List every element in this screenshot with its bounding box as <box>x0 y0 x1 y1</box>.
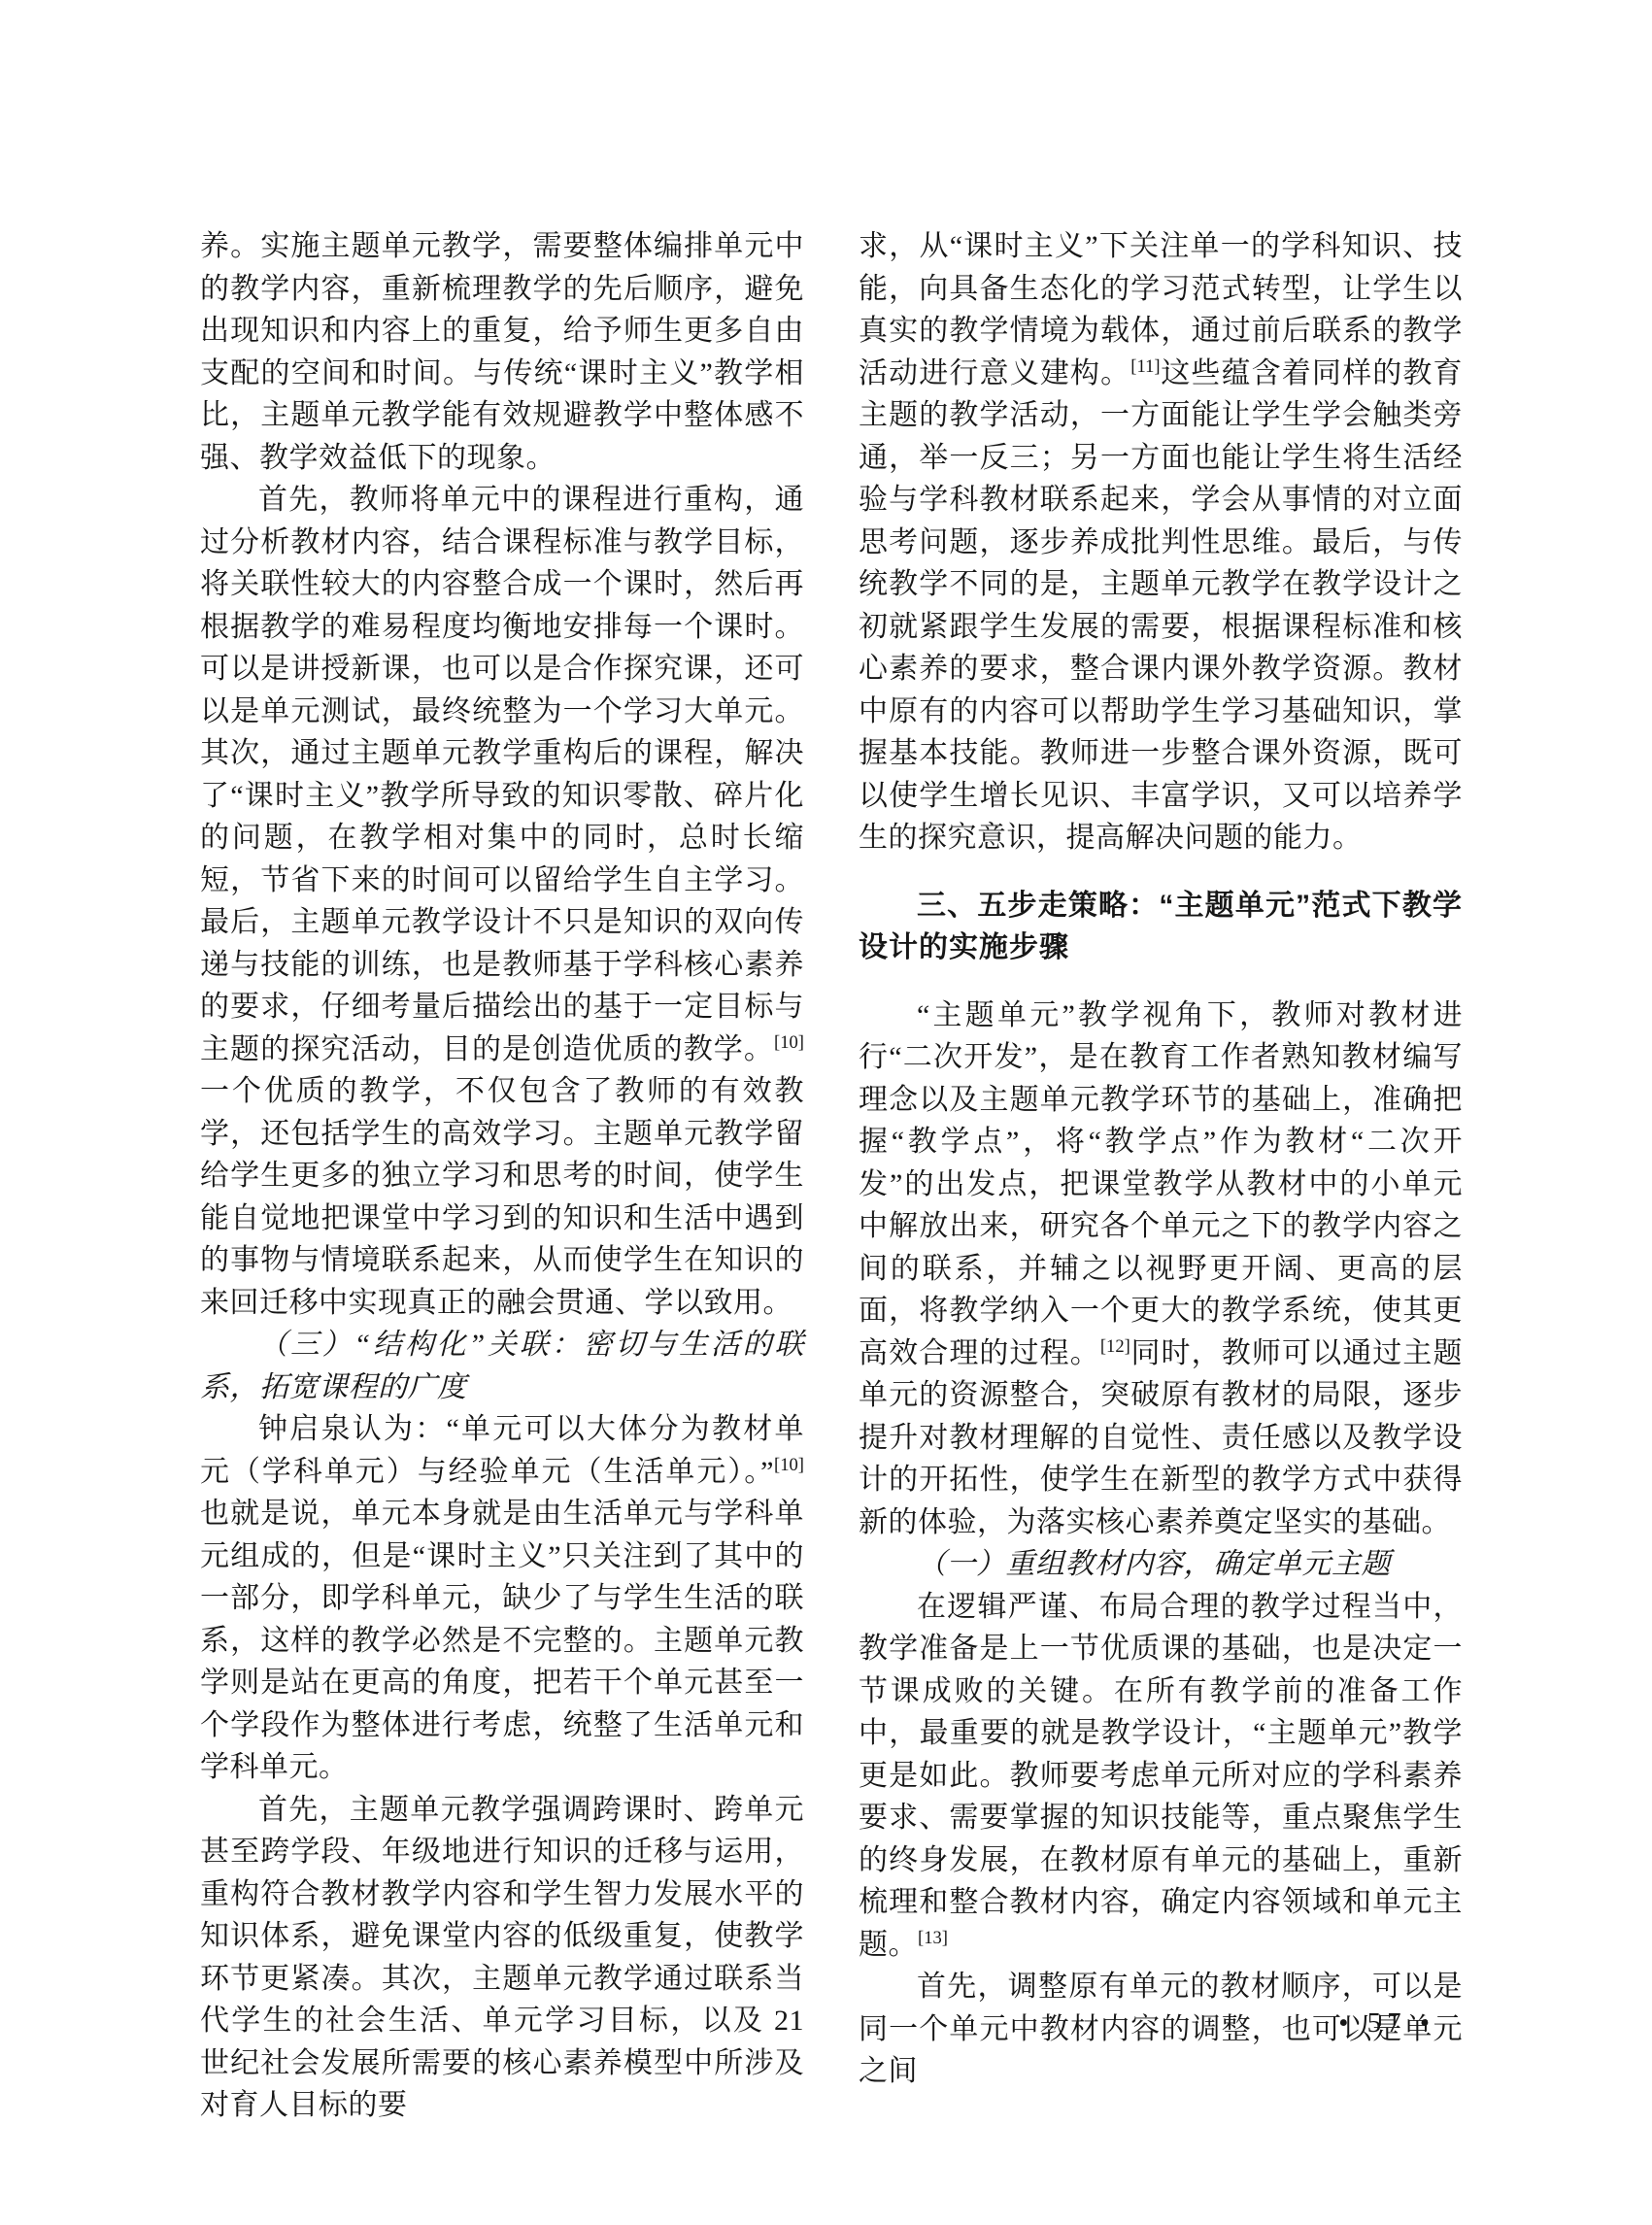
document-page: 养。实施主题单元教学，需要整体编排单元中的教学内容，重新梳理教学的先后顺序，避免… <box>0 0 1652 2225</box>
subsection-heading: （一）重组教材内容，确定单元主题 <box>859 1543 1463 1586</box>
paragraph-text: 也就是说，单元本身就是由生活单元与学科单元组成的，但是“课时主义”只关注到了其中… <box>200 1498 804 1783</box>
citation-ref: [13] <box>918 1928 948 1948</box>
paragraph-text: “主题单元”教学视角下，教师对教材进行“二次开发”，是在教育工作者熟知教材编写理… <box>859 999 1463 1369</box>
paragraph-text: 首先，教师将单元中的课程进行重构，通过分析教材内容，结合课程标准与教学目标，将关… <box>200 484 804 1065</box>
paragraph: 求，从“课时主义”下关注单一的学科知识、技能，向具备生态化的学习范式转型，让学生… <box>859 225 1463 860</box>
paragraph: 养。实施主题单元教学，需要整体编排单元中的教学内容，重新梳理教学的先后顺序，避免… <box>200 225 804 479</box>
section-heading-text: 三、五步走策略：“主题单元”范式下教学设计的实施步骤 <box>859 890 1463 964</box>
subsection-heading: （三）“结构化”关联：密切与生活的联系，拓宽课程的广度 <box>200 1324 804 1408</box>
paragraph: 在逻辑严谨、布局合理的教学过程当中，教学准备是上一节优质课的基础，也是决定一节课… <box>859 1586 1463 1967</box>
subsection-heading-text: （一）重组教材内容，确定单元主题 <box>917 1548 1391 1580</box>
paragraph-text: 在逻辑严谨、布局合理的教学过程当中，教学准备是上一节优质课的基础，也是决定一节课… <box>859 1591 1463 1961</box>
right-column: 求，从“课时主义”下关注单一的学科知识、技能，向具备生态化的学习范式转型，让学生… <box>859 225 1463 2093</box>
left-column: 养。实施主题单元教学，需要整体编排单元中的教学内容，重新梳理教学的先后顺序，避免… <box>200 225 804 2127</box>
paragraph: “主题单元”教学视角下，教师对教材进行“二次开发”，是在教育工作者熟知教材编写理… <box>859 995 1463 1544</box>
paragraph-text: 养。实施主题单元教学，需要整体编排单元中的教学内容，重新梳理教学的先后顺序，避免… <box>200 230 804 474</box>
citation-ref: [12] <box>1100 1336 1130 1357</box>
paragraph: 首先，主题单元教学强调跨课时、跨单元甚至跨学段、年级地进行知识的迁移与运用，重构… <box>200 1789 804 2127</box>
paragraph: 首先，教师将单元中的课程进行重构，通过分析教材内容，结合课程标准与教学目标，将关… <box>200 479 804 1324</box>
page-number: • 57 • <box>859 2003 1463 2045</box>
citation-ref: [10] <box>774 1455 804 1475</box>
citation-ref: [10] <box>774 1032 804 1053</box>
paragraph-text: 首先，主题单元教学强调跨课时、跨单元甚至跨学段、年级地进行知识的迁移与运用，重构… <box>200 1794 804 2122</box>
citation-ref: [11] <box>1130 356 1160 377</box>
paragraph: 钟启泉认为：“单元可以大体分为教材单元（学科单元）与经验单元（生活单元）。”[1… <box>200 1408 804 1789</box>
paragraph-text: 这些蕴含着同样的教育主题的教学活动，一方面能让学生学会触类旁通，举一反三；另一方… <box>859 357 1463 855</box>
paragraph-text: 一个优质的教学，不仅包含了教师的有效教学，还包括学生的高效学习。主题单元教学留给… <box>200 1075 804 1319</box>
subsection-heading-text: （三）“结构化”关联：密切与生活的联系，拓宽课程的广度 <box>200 1329 804 1403</box>
section-heading: 三、五步走策略：“主题单元”范式下教学设计的实施步骤 <box>859 885 1463 969</box>
paragraph-text: 钟启泉认为：“单元可以大体分为教材单元（学科单元）与经验单元（生活单元）。” <box>200 1413 804 1488</box>
